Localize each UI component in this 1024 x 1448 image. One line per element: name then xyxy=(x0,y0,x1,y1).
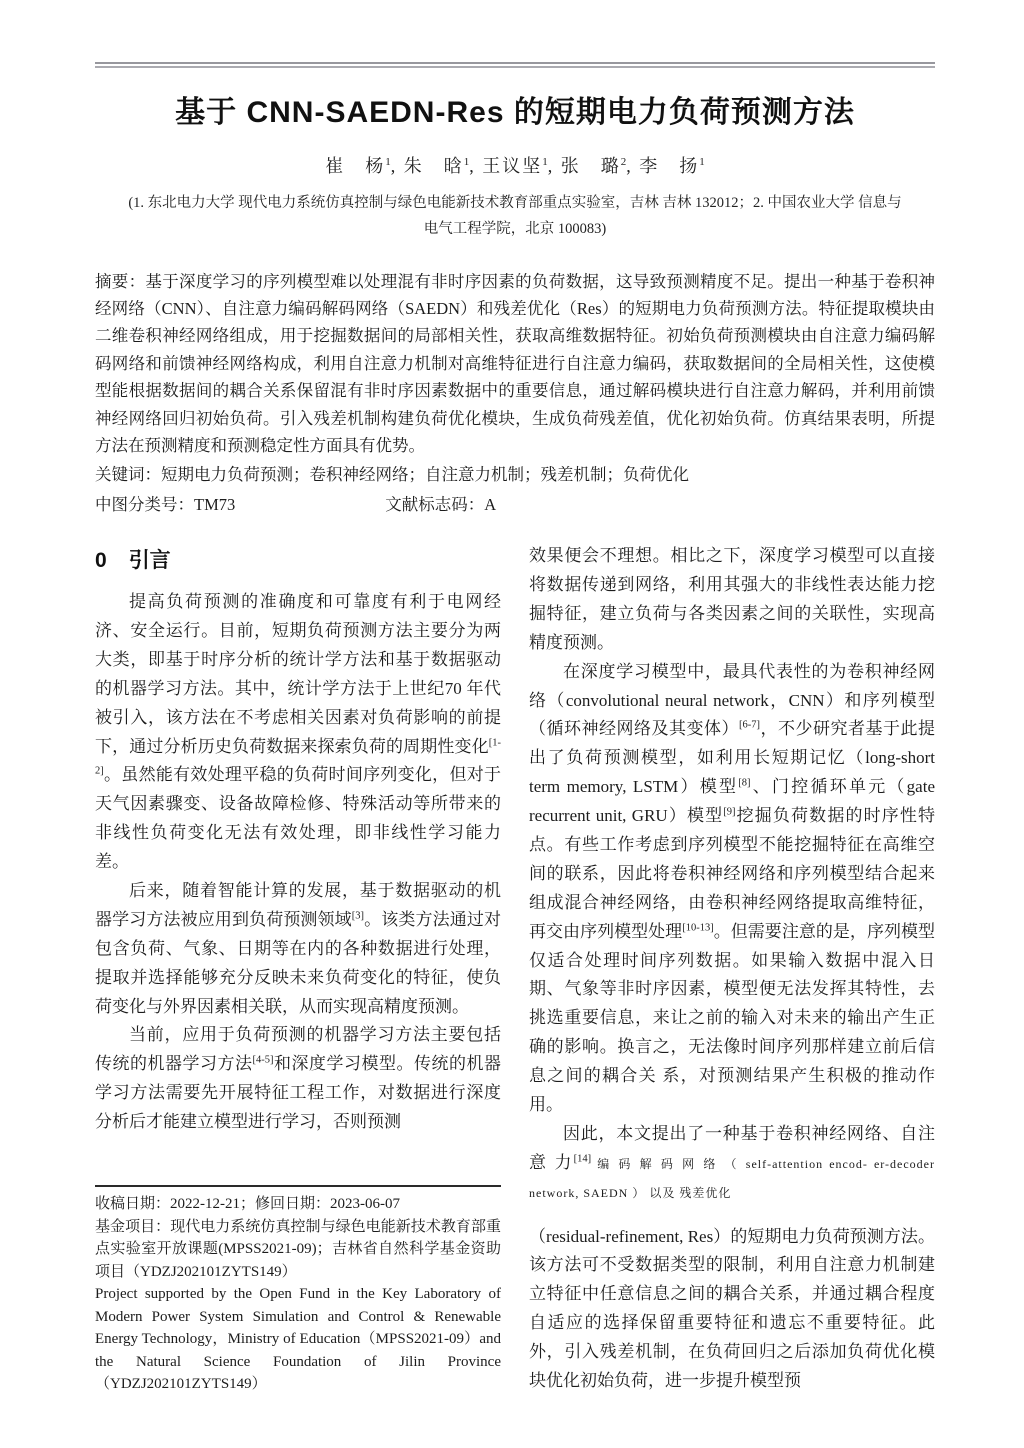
authors-line: 崔 杨1, 朱 晗1, 王议坚1, 张 璐2, 李 扬1 xyxy=(95,152,935,178)
paragraph: 提高负荷预测的准确度和可靠度有利于电网经济、安全运行。目前，短期负荷预测方法主要… xyxy=(95,588,501,877)
footnote-received-dates: 收稿日期：2022-12-21；修回日期：2023-06-07 xyxy=(95,1193,501,1216)
paragraph: 效果便会不理想。相比之下，深度学习模型可以直接将数据传递到网络，利用其强大的非线… xyxy=(529,542,935,658)
header-double-rule xyxy=(95,62,935,68)
section-heading-introduction: 0引言 xyxy=(95,544,501,574)
affiliation: (1. 东北电力大学 现代电力系统仿真控制与绿色电能新技术教育部重点实验室，吉林… xyxy=(125,190,905,242)
paragraph: 因此，本文提出了一种基于卷积神经网络、自注 意 力[14] 编 码 解 码 网 … xyxy=(529,1120,935,1207)
paragraph: 后来，随着智能计算的发展，基于数据驱动的机器学习方法被应用到负荷预测领域[3]。… xyxy=(95,877,501,1021)
footnote-funding-cn: 基金项目：现代电力系统仿真控制与绿色电能新技术教育部重点实验室开放课题(MPSS… xyxy=(95,1216,501,1284)
section-number: 0 xyxy=(95,549,107,572)
two-column-body: 0引言 提高负荷预测的准确度和可靠度有利于电网经济、安全运行。目前，短期负荷预测… xyxy=(95,542,935,1396)
paragraph: 在深度学习模型中，最具代表性的为卷积神经网络（convolutional neu… xyxy=(529,658,935,1120)
keywords-label: 关键词： xyxy=(95,465,161,484)
paragraph: 当前，应用于负荷预测的机器学习方法主要包括传统的机器学习方法[4-5]和深度学习… xyxy=(95,1021,501,1137)
footnote-funding-en: Project supported by the Open Fund in th… xyxy=(95,1283,501,1396)
footnote-divider xyxy=(95,1185,501,1187)
classification-row: 中图分类号：TM73 文献标志码：A xyxy=(95,491,935,518)
abstract-label: 摘要： xyxy=(95,272,145,291)
column-spacer xyxy=(95,1137,501,1185)
section-title: 引言 xyxy=(129,549,171,572)
left-column: 0引言 提高负荷预测的准确度和可靠度有利于电网经济、安全运行。目前，短期负荷预测… xyxy=(95,542,501,1396)
page-title: 基于 CNN-SAEDN-Res 的短期电力负荷预测方法 xyxy=(125,94,905,132)
keywords: 关键词：短期电力负荷预测；卷积神经网络；自注意力机制；残差机制；负荷优化 xyxy=(95,461,935,488)
footnote-block: 收稿日期：2022-12-21；修回日期：2023-06-07 基金项目：现代电… xyxy=(95,1185,501,1396)
paragraph: （residual-refinement, Res）的短期电力负荷预测方法。该方… xyxy=(529,1223,935,1396)
document-code: 文献标志码：A xyxy=(385,491,496,518)
abstract-text: 基于深度学习的序列模型难以处理混有非时序因素的负荷数据，这导致预测精度不足。提出… xyxy=(95,272,935,455)
clc-number: 中图分类号：TM73 xyxy=(95,491,235,518)
keywords-text: 短期电力负荷预测；卷积神经网络；自注意力机制；残差机制；负荷优化 xyxy=(161,465,689,484)
abstract: 摘要：基于深度学习的序列模型难以处理混有非时序因素的负荷数据，这导致预测精度不足… xyxy=(95,268,935,460)
paper-page: 基于 CNN-SAEDN-Res 的短期电力负荷预测方法 崔 杨1, 朱 晗1,… xyxy=(0,62,1024,1396)
right-column: 效果便会不理想。相比之下，深度学习模型可以直接将数据传递到网络，利用其强大的非线… xyxy=(529,542,935,1396)
